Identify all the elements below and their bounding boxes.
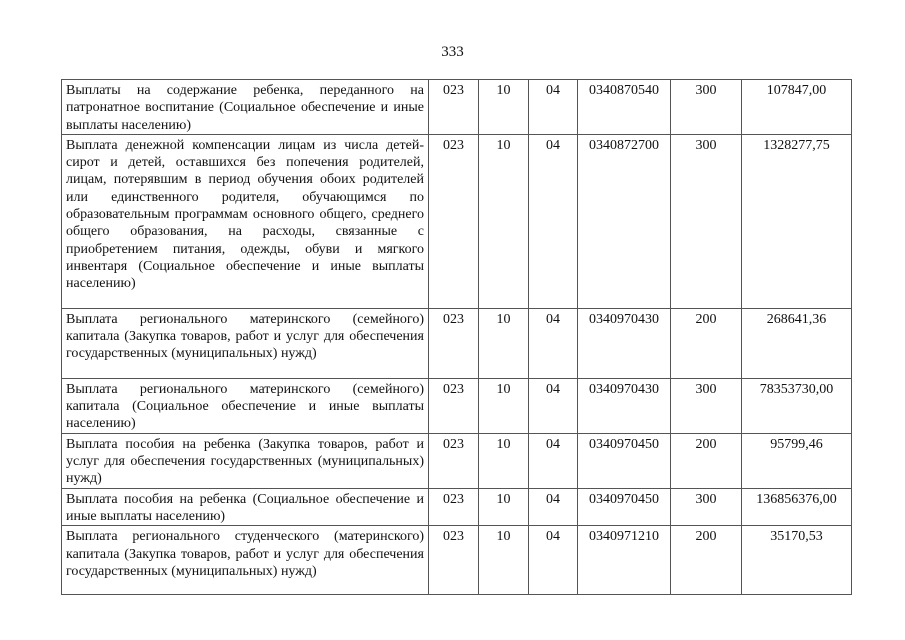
amount: 78353730,00 xyxy=(742,378,852,433)
table-row: Выплата пособия на ребенка (Закупка това… xyxy=(62,433,852,488)
expense-description: Выплата денежной компенсации лицам из чи… xyxy=(62,134,429,308)
table-row: Выплата пособия на ребенка (Социальное о… xyxy=(62,488,852,526)
section-code: 10 xyxy=(479,134,529,308)
amount: 107847,00 xyxy=(742,80,852,135)
ministry-code: 023 xyxy=(429,378,479,433)
section-code: 10 xyxy=(479,80,529,135)
ministry-code: 023 xyxy=(429,526,479,595)
expense-description: Выплата регионального материнского (семе… xyxy=(62,308,429,378)
target-article-code: 0340971210 xyxy=(578,526,671,595)
ministry-code: 023 xyxy=(429,80,479,135)
page-number: 333 xyxy=(0,44,905,61)
subsection-code: 04 xyxy=(529,488,578,526)
expense-type-code: 300 xyxy=(671,134,742,308)
table-row: Выплата регионального студенческого (мат… xyxy=(62,526,852,595)
expense-type-code: 300 xyxy=(671,488,742,526)
target-article-code: 0340970430 xyxy=(578,308,671,378)
section-code: 10 xyxy=(479,433,529,488)
table-row: Выплаты на содержание ребенка, переданно… xyxy=(62,80,852,135)
target-article-code: 0340970450 xyxy=(578,488,671,526)
amount: 268641,36 xyxy=(742,308,852,378)
section-code: 10 xyxy=(479,526,529,595)
expense-description: Выплата пособия на ребенка (Закупка това… xyxy=(62,433,429,488)
section-code: 10 xyxy=(479,308,529,378)
ministry-code: 023 xyxy=(429,308,479,378)
target-article-code: 0340970450 xyxy=(578,433,671,488)
subsection-code: 04 xyxy=(529,526,578,595)
expense-description: Выплата пособия на ребенка (Социальное о… xyxy=(62,488,429,526)
amount: 35170,53 xyxy=(742,526,852,595)
expense-type-code: 200 xyxy=(671,308,742,378)
ministry-code: 023 xyxy=(429,134,479,308)
target-article-code: 0340870540 xyxy=(578,80,671,135)
subsection-code: 04 xyxy=(529,308,578,378)
expense-description: Выплаты на содержание ребенка, переданно… xyxy=(62,80,429,135)
table-row: Выплата денежной компенсации лицам из чи… xyxy=(62,134,852,308)
subsection-code: 04 xyxy=(529,134,578,308)
subsection-code: 04 xyxy=(529,433,578,488)
table-row: Выплата регионального материнского (семе… xyxy=(62,308,852,378)
section-code: 10 xyxy=(479,378,529,433)
target-article-code: 0340970430 xyxy=(578,378,671,433)
subsection-code: 04 xyxy=(529,80,578,135)
amount: 95799,46 xyxy=(742,433,852,488)
table-row: Выплата регионального материнского (семе… xyxy=(62,378,852,433)
subsection-code: 04 xyxy=(529,378,578,433)
ministry-code: 023 xyxy=(429,488,479,526)
amount: 136856376,00 xyxy=(742,488,852,526)
expense-type-code: 200 xyxy=(671,526,742,595)
expense-type-code: 200 xyxy=(671,433,742,488)
section-code: 10 xyxy=(479,488,529,526)
target-article-code: 0340872700 xyxy=(578,134,671,308)
expense-description: Выплата регионального материнского (семе… xyxy=(62,378,429,433)
ministry-code: 023 xyxy=(429,433,479,488)
expense-description: Выплата регионального студенческого (мат… xyxy=(62,526,429,595)
amount: 1328277,75 xyxy=(742,134,852,308)
expense-type-code: 300 xyxy=(671,378,742,433)
budget-table: Выплаты на содержание ребенка, переданно… xyxy=(61,79,852,595)
expense-type-code: 300 xyxy=(671,80,742,135)
